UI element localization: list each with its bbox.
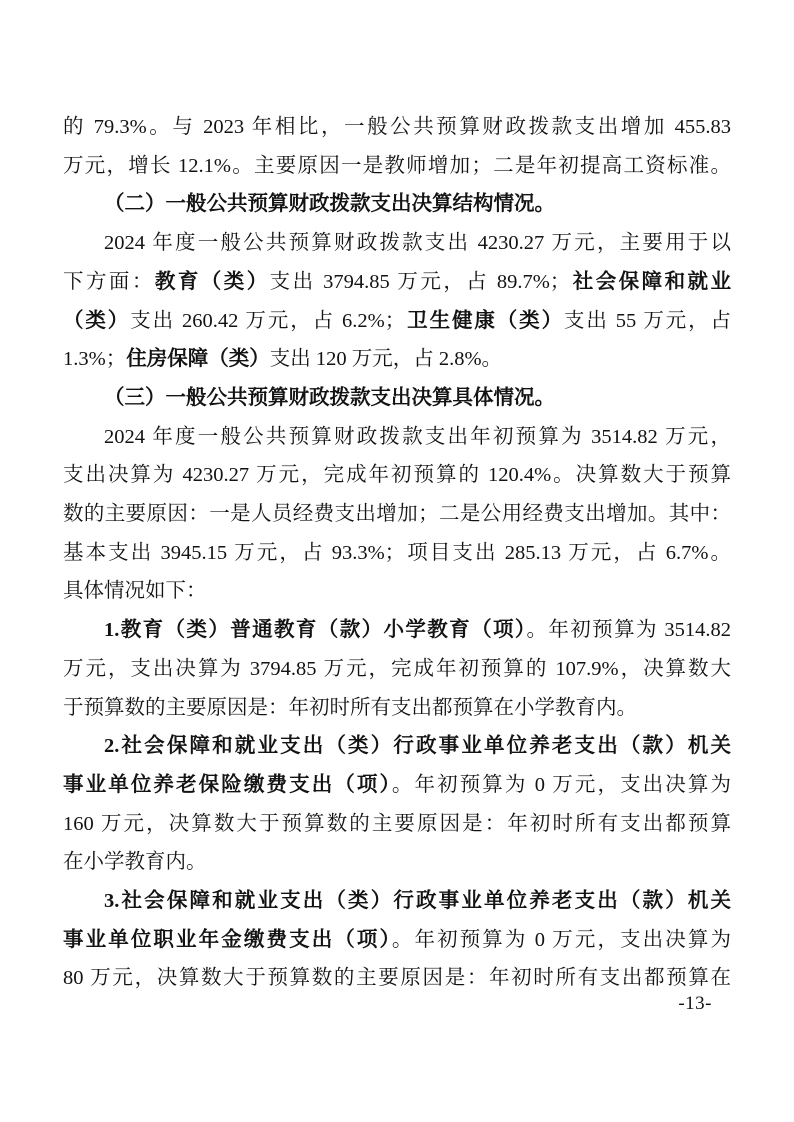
text-run: 具体情况如下： [63,580,207,602]
text-run: 的 79.3%。与 2023 年相比，一般公共预算财政拨款支出增加 455.83 [63,116,731,138]
text-run: 。年初预算为 0 万元，支出决算为 [392,929,731,951]
paragraph-overall: 2024 年度一般公共预算财政拨款支出年初预算为 3514.82 万元，支出决算… [63,418,731,612]
text-run: 。年初预算为 0 万元，支出决算为 [392,774,731,796]
text-run: 支出 260.42 万元，占 6.2%； [130,310,405,332]
text-line: 在小学教育内。 [63,843,731,882]
text-line: 2.社会保障和就业支出（类）行政事业单位养老支出（款）机关 [63,727,731,766]
bold-text-run: 卫生健康（类） [405,310,564,332]
text-run: 在小学教育内。 [63,851,207,873]
bold-text-run: 住房保障（类） [126,348,270,370]
heading-section-2: （二）一般公共预算财政拨款支出决算结构情况。 [63,185,731,224]
text-run: 支出 120 万元，占 2.8%。 [270,348,502,370]
bold-text-run: （三）一般公共预算财政拨款支出决算具体情况。 [104,387,555,409]
text-line: 1.教育（类）普通教育（款）小学教育（项）。年初预算为 3514.82 [63,611,731,650]
bold-text-run: 3.社会保障和就业支出（类）行政事业单位养老支出（款）机关 [104,890,731,912]
text-run: 于预算数的主要原因是：年初时所有支出都预算在小学教育内。 [63,697,637,719]
text-line: 的 79.3%。与 2023 年相比，一般公共预算财政拨款支出增加 455.83 [63,108,731,147]
text-run: 2024 年度一般公共预算财政拨款支出 4230.27 万元，主要用于以 [104,232,731,254]
bold-text-run: （类） [63,310,130,332]
text-line: （类）支出 260.42 万元，占 6.2%；卫生健康（类）支出 55 万元，占 [63,302,731,341]
text-run: 160 万元，决算数大于预算数的主要原因是：年初时所有支出都预算 [63,813,731,835]
text-run: 80 万元，决算数大于预算数的主要原因是：年初时所有支出都预算在 [63,967,731,989]
text-run: 万元，增长 12.1%。主要原因一是教师增加；二是年初提高工资标准。 [63,155,731,177]
text-line: 于预算数的主要原因是：年初时所有支出都预算在小学教育内。 [63,689,731,728]
page-number: -13- [678,993,712,1015]
document-page: 的 79.3%。与 2023 年相比，一般公共预算财政拨款支出增加 455.83… [0,0,794,1122]
text-line: 下方面：教育（类）支出 3794.85 万元，占 89.7%；社会保障和就业 [63,263,731,302]
text-run: 2024 年度一般公共预算财政拨款支出年初预算为 3514.82 万元， [104,426,731,448]
item-3-occupational-annuity: 3.社会保障和就业支出（类）行政事业单位养老支出（款）机关事业单位职业年金缴费支… [63,882,731,998]
bold-text-run: 事业单位职业年金缴费支出（项） [63,929,392,951]
text-line: （二）一般公共预算财政拨款支出决算结构情况。 [63,185,731,224]
text-run: 支出 55 万元，占 [564,310,731,332]
text-line: 2024 年度一般公共预算财政拨款支出 4230.27 万元，主要用于以 [63,224,731,263]
paragraph-expenditure-structure: 2024 年度一般公共预算财政拨款支出 4230.27 万元，主要用于以下方面：… [63,224,731,379]
text-line: 3.社会保障和就业支出（类）行政事业单位养老支出（款）机关 [63,882,731,921]
text-run: 支出决算为 4230.27 万元，完成年初预算的 120.4%。决算数大于预算 [63,464,731,486]
text-line: 万元，支出决算为 3794.85 万元，完成年初预算的 107.9%，决算数大 [63,650,731,689]
text-line: 2024 年度一般公共预算财政拨款支出年初预算为 3514.82 万元， [63,418,731,457]
document-body: 的 79.3%。与 2023 年相比，一般公共预算财政拨款支出增加 455.83… [63,108,731,998]
text-line: 1.3%；住房保障（类）支出 120 万元，占 2.8%。 [63,340,731,379]
text-run: 数的主要原因：一是人员经费支出增加；二是公用经费支出增加。其中： [63,503,731,525]
text-run: 基本支出 3945.15 万元，占 93.3%；项目支出 285.13 万元，占… [63,542,731,564]
text-line: 160 万元，决算数大于预算数的主要原因是：年初时所有支出都预算 [63,805,731,844]
text-line: 基本支出 3945.15 万元，占 93.3%；项目支出 285.13 万元，占… [63,534,731,573]
item-1-education: 1.教育（类）普通教育（款）小学教育（项）。年初预算为 3514.82万元，支出… [63,611,731,727]
bold-text-run: 2.社会保障和就业支出（类）行政事业单位养老支出（款）机关 [104,735,731,757]
item-2-pension-insurance: 2.社会保障和就业支出（类）行政事业单位养老支出（款）机关事业单位养老保险缴费支… [63,727,731,882]
text-line: 事业单位养老保险缴费支出（项）。年初预算为 0 万元，支出决算为 [63,766,731,805]
text-line: 具体情况如下： [63,572,731,611]
text-line: 支出决算为 4230.27 万元，完成年初预算的 120.4%。决算数大于预算 [63,456,731,495]
continued-paragraph: 的 79.3%。与 2023 年相比，一般公共预算财政拨款支出增加 455.83… [63,108,731,185]
text-run: 支出 3794.85 万元，占 89.7%； [270,271,571,293]
text-line: 事业单位职业年金缴费支出（项）。年初预算为 0 万元，支出决算为 [63,921,731,960]
text-line: 80 万元，决算数大于预算数的主要原因是：年初时所有支出都预算在 [63,959,731,998]
bold-text-run: （二）一般公共预算财政拨款支出决算结构情况。 [104,193,555,215]
text-line: （三）一般公共预算财政拨款支出决算具体情况。 [63,379,731,418]
bold-text-run: 事业单位养老保险缴费支出（项） [63,774,392,796]
bold-text-run: 1.教育（类）普通教育（款）小学教育（项） [104,619,527,641]
text-line: 数的主要原因：一是人员经费支出增加；二是公用经费支出增加。其中： [63,495,731,534]
heading-section-3: （三）一般公共预算财政拨款支出决算具体情况。 [63,379,731,418]
bold-text-run: 教育（类） [155,271,270,293]
text-run: 下方面： [63,271,155,293]
text-line: 万元，增长 12.1%。主要原因一是教师增加；二是年初提高工资标准。 [63,147,731,186]
bold-text-run: 社会保障和就业 [570,271,731,293]
text-run: 1.3%； [63,348,126,370]
text-run: 。年初预算为 3514.82 [527,619,732,641]
text-run: 万元，支出决算为 3794.85 万元，完成年初预算的 107.9%，决算数大 [63,658,731,680]
